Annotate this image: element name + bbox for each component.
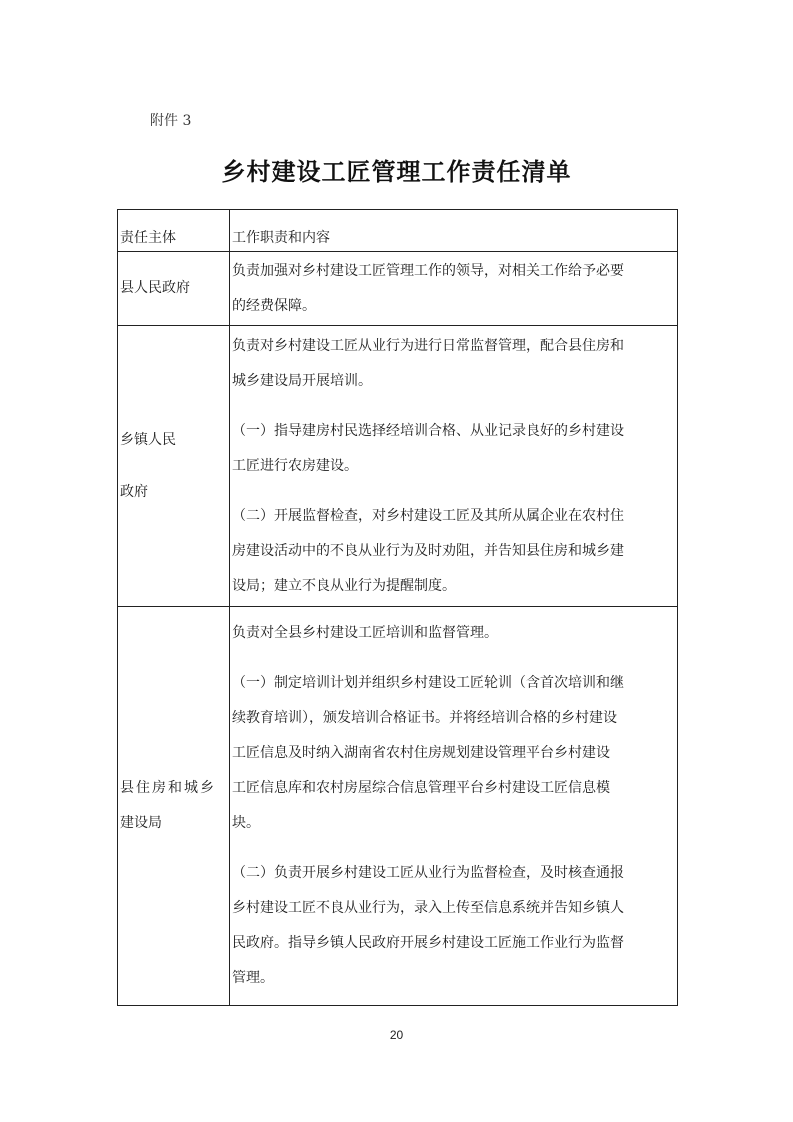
duty-line: （二）开展监督检查，对乡村建设工匠及其所从属企业在农村住 — [232, 499, 675, 534]
subject-text: 政府 — [120, 466, 227, 518]
responsibility-table: 责任主体 工作职责和内容 县人民政府 负责加强对乡村建设工匠管理工作的领导，对相… — [117, 209, 678, 1006]
duty-line: 城乡建设局开展培训。 — [232, 364, 675, 399]
duties-cell: 负责对乡村建设工匠从业行为进行日常监督管理，配合县住房和 城乡建设局开展培训。 … — [230, 326, 678, 607]
duty-line: 管理。 — [232, 961, 675, 996]
table-header-row: 责任主体 工作职责和内容 — [118, 210, 678, 252]
document-title: 乡村建设工匠管理工作责任清单 — [0, 152, 793, 187]
header-duties: 工作职责和内容 — [230, 210, 678, 252]
subject-text: 建设局 — [120, 806, 227, 841]
attachment-label: 附件 3 — [150, 110, 191, 130]
duty-line: 乡村建设工匠不良从业行为，录入上传至信息系统并告知乡镇人 — [232, 891, 675, 926]
header-subject: 责任主体 — [118, 210, 230, 252]
duty-line: 负责加强对乡村建设工匠管理工作的领导，对相关工作给予必要 — [232, 254, 675, 289]
duty-line: 工匠信息库和农村房屋综合信息管理平台乡村建设工匠信息模 — [232, 771, 675, 806]
subject-cell: 乡镇人民 政府 — [118, 326, 230, 607]
table-row: 县人民政府 负责加强对乡村建设工匠管理工作的领导，对相关工作给予必要 的经费保障… — [118, 252, 678, 326]
subject-text: 县住房和城乡 — [120, 771, 227, 806]
table-row: 县住房和城乡 建设局 负责对全县乡村建设工匠培训和监督管理。 （一）制定培训计划… — [118, 607, 678, 1006]
duty-line: 续教育培训），颁发培训合格证书。并将经培训合格的乡村建设 — [232, 701, 675, 736]
duty-line: （二）负责开展乡村建设工匠从业行为监督检查，及时核查通报 — [232, 856, 675, 891]
table-row: 乡镇人民 政府 负责对乡村建设工匠从业行为进行日常监督管理，配合县住房和 城乡建… — [118, 326, 678, 607]
duty-line: 工匠信息及时纳入湖南省农村住房规划建设管理平台乡村建设 — [232, 736, 675, 771]
duty-line: 民政府。指导乡镇人民政府开展乡村建设工匠施工作业行为监督 — [232, 926, 675, 961]
duty-line: 设局；建立不良从业行为提醒制度。 — [232, 569, 675, 604]
duty-line: 房建设活动中的不良从业行为及时劝阻，并告知县住房和城乡建 — [232, 534, 675, 569]
duty-line: 块。 — [232, 806, 675, 841]
duties-cell: 负责对全县乡村建设工匠培训和监督管理。 （一）制定培训计划并组织乡村建设工匠轮训… — [230, 607, 678, 1006]
subject-cell: 县住房和城乡 建设局 — [118, 607, 230, 1006]
duty-line: 负责对全县乡村建设工匠培训和监督管理。 — [232, 616, 675, 651]
subject-text: 县人民政府 — [120, 271, 227, 306]
page-number: 20 — [0, 1028, 793, 1042]
duties-cell: 负责加强对乡村建设工匠管理工作的领导，对相关工作给予必要 的经费保障。 — [230, 252, 678, 326]
duty-line: （一）指导建房村民选择经培训合格、从业记录良好的乡村建设 — [232, 414, 675, 449]
duty-line: 负责对乡村建设工匠从业行为进行日常监督管理，配合县住房和 — [232, 329, 675, 364]
subject-text: 乡镇人民 — [120, 414, 227, 466]
subject-cell: 县人民政府 — [118, 252, 230, 326]
duty-line: （一）制定培训计划并组织乡村建设工匠轮训（含首次培训和继 — [232, 666, 675, 701]
duty-line: 的经费保障。 — [232, 289, 675, 324]
duty-line: 工匠进行农房建设。 — [232, 449, 675, 484]
